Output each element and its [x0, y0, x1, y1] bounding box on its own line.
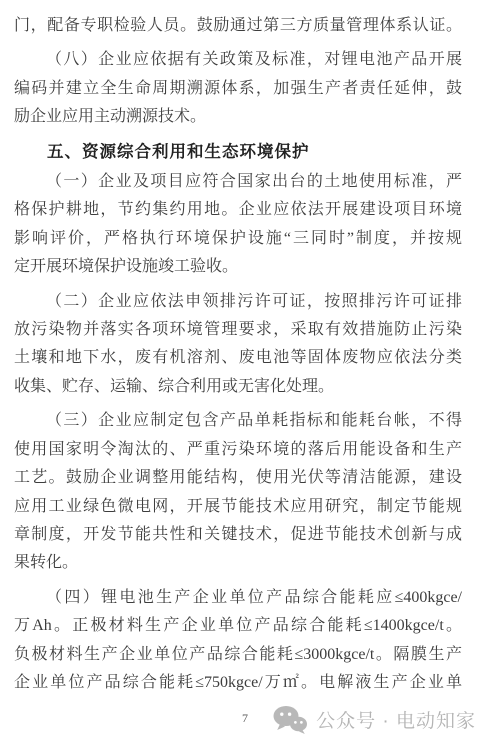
- paragraph: （八）企业应依据有关政策及标准，对锂电池产品开展 编码并建立全生命周期溯源体系，…: [14, 46, 462, 131]
- text-line: 编码并建立全生命周期溯源体系，加强生产者责任延伸，鼓: [14, 75, 462, 103]
- text-line: 果转化。: [14, 549, 462, 577]
- text-line: 土壤和地下水，废有机溶剂、废电池等固体废物应依法分类: [14, 344, 462, 372]
- text-line: 放污染物并落实各项环境管理要求，采取有效措施防止污染: [14, 316, 462, 344]
- paragraph: （三）企业应制定包含产品单耗指标和能耗台帐，不得 使用国家明令淘汰的、严重污染环…: [14, 407, 462, 577]
- section-heading: 五、资源综合利用和生态环境保护: [14, 138, 462, 166]
- watermark-text: 公众号 · 电动知家: [316, 706, 476, 733]
- document-body: 门，配备专职检验人员。鼓励通过第三方质量管理体系认证。 （八）企业应依据有关政策…: [14, 12, 462, 703]
- text-line: 使用国家明令淘汰的、严重污染环境的落后用能设备和生产: [14, 436, 462, 464]
- text-line: （一）企业及项目应符合国家出台的土地使用标准，严: [14, 168, 462, 196]
- document-page: 门，配备专职检验人员。鼓励通过第三方质量管理体系认证。 （八）企业应依据有关政策…: [0, 0, 490, 742]
- text-line: 定开展环境保护设施竣工验收。: [14, 253, 462, 281]
- text-line: （四）锂电池生产企业单位产品综合能耗应≤400kgce/: [14, 584, 462, 612]
- text-line: 门，配备专职检验人员。鼓励通过第三方质量管理体系认证。: [14, 12, 462, 40]
- text-line: 格保护耕地，节约集约用地。企业应依法开展建设项目环境: [14, 196, 462, 224]
- text-line: 万Ah。正极材料生产企业单位产品综合能耗≤1400kgce/t。: [14, 612, 462, 640]
- text-line: 企业单位产品综合能耗≤750kgce/万㎡。电解液生产企业单: [14, 669, 462, 697]
- paragraph: （一）企业及项目应符合国家出台的土地使用标准，严 格保护耕地，节约集约用地。企业…: [14, 168, 462, 282]
- text-line: 励企业应用主动溯源技术。: [14, 103, 462, 131]
- paragraph: （四）锂电池生产企业单位产品综合能耗应≤400kgce/ 万Ah。正极材料生产企…: [14, 584, 462, 698]
- wechat-icon: [273, 705, 307, 734]
- text-line: （八）企业应依据有关政策及标准，对锂电池产品开展: [14, 46, 462, 74]
- paragraph: （二）企业应依法申领排污许可证，按照排污许可证排 放污染物并落实各项环境管理要求…: [14, 288, 462, 402]
- text-line: （二）企业应依法申领排污许可证，按照排污许可证排: [14, 288, 462, 316]
- text-line: 负极材料生产企业单位产品综合能耗≤3000kgce/t。隔膜生产: [14, 641, 462, 669]
- text-line: 工艺。鼓励企业调整用能结构，使用光伏等清洁能源，建设: [14, 464, 462, 492]
- text-line: 收集、贮存、运输、综合利用或无害化处理。: [14, 373, 462, 401]
- text-line: 影响评价，严格执行环境保护设施“三同时”制度，并按规: [14, 225, 462, 253]
- watermark: 公众号 · 电动知家: [273, 705, 476, 734]
- text-line: 应用工业绿色微电网，开展节能技术应用研究，制定节能规: [14, 493, 462, 521]
- text-line: 章制度，开发节能共性和关键技术，促进节能技术创新与成: [14, 521, 462, 549]
- paragraph: 门，配备专职检验人员。鼓励通过第三方质量管理体系认证。: [14, 12, 462, 40]
- text-line: （三）企业应制定包含产品单耗指标和能耗台帐，不得: [14, 407, 462, 435]
